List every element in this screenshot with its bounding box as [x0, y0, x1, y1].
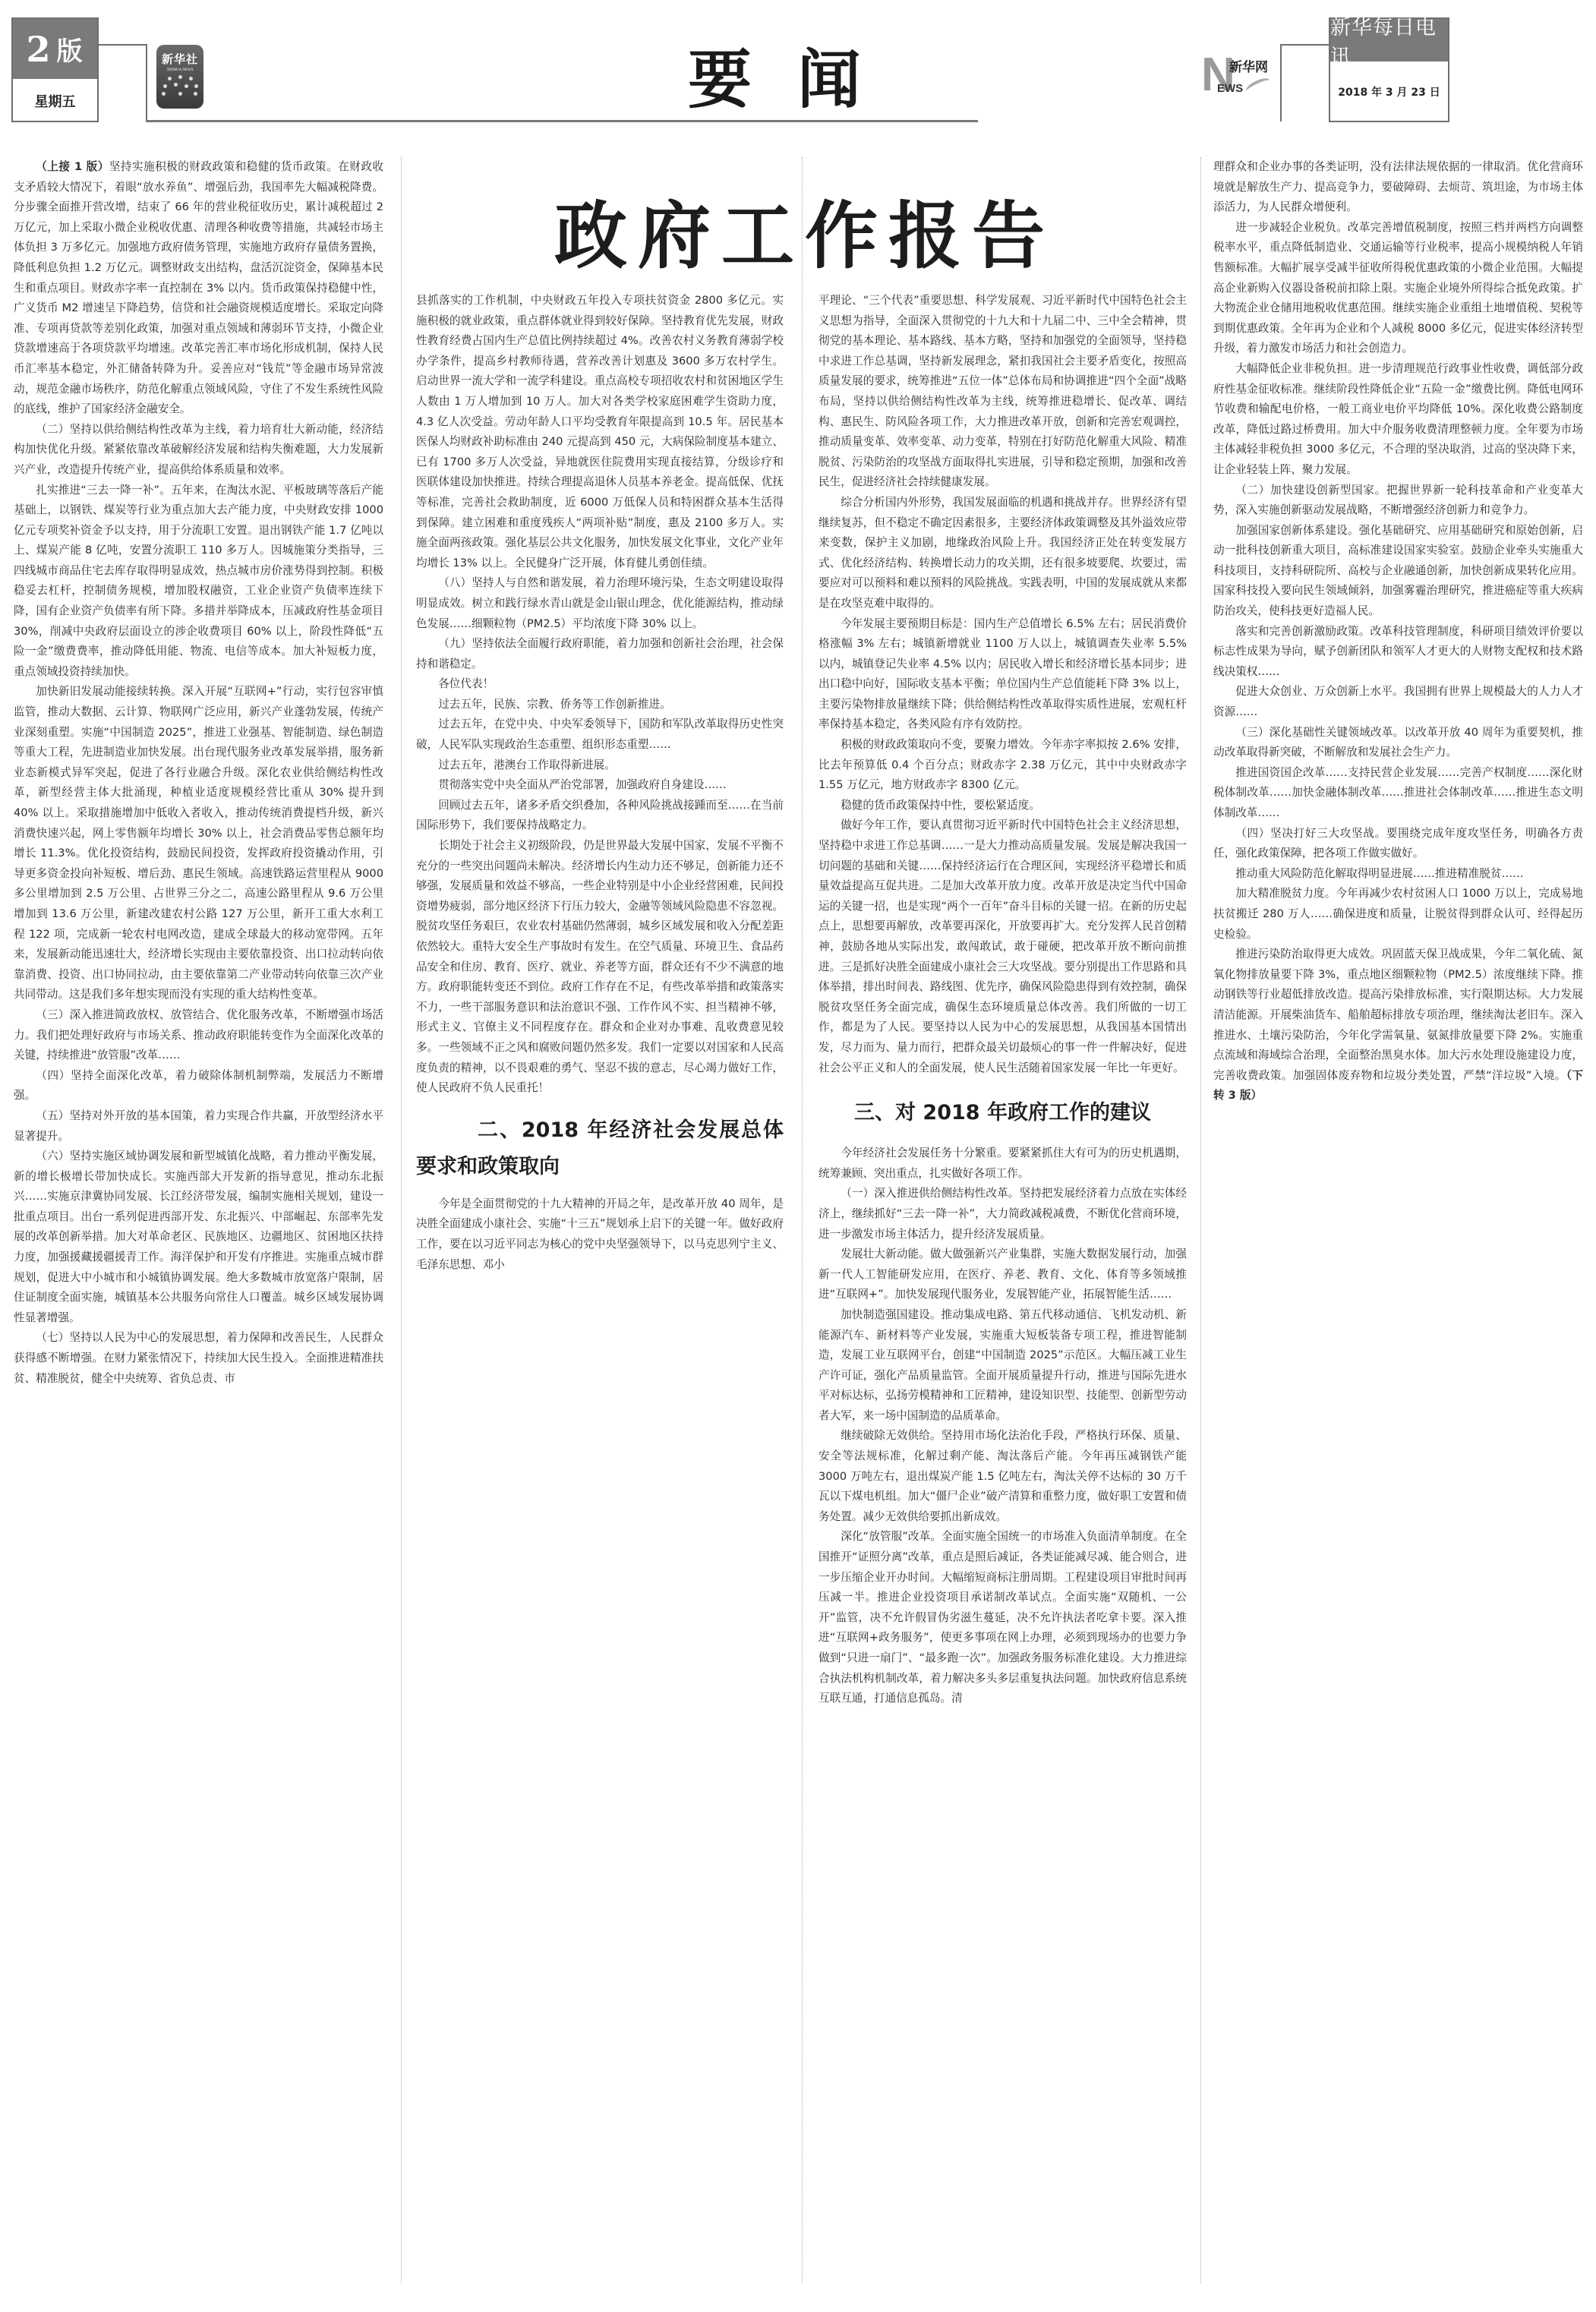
header-rule: [99, 44, 147, 46]
section-subheading: 二、2018 年经济社会发展总体要求和政策取向: [416, 1112, 784, 1185]
paragraph: 平理论、“三个代表”重要思想、科学发展观、习近平新时代中国特色社会主义思想为指导…: [819, 291, 1187, 493]
paragraph: 落实和完善创新激励政策。改革科技管理制度，科研项目绩效评价要以标志性成果为导向，…: [1213, 622, 1583, 683]
paragraph-text: 今年发展主要预期目标是：国内生产总值增长 6.5% 左右；居民消费价格涨幅 3%…: [819, 617, 1187, 731]
paragraph: 各位代表！: [416, 674, 784, 695]
paragraph-text: 理群众和企业办事的各类证明，没有法律法规依据的一律取消。优化营商环境就是解放生产…: [1213, 160, 1583, 213]
paragraph-text: （二）加快建设创新型国家。把握世界新一轮科技革命和产业变革大势，深入实施创新驱动…: [1213, 484, 1583, 517]
continued-from-label: （上接 1 版）: [36, 160, 109, 173]
weekday: 星期五: [13, 79, 97, 122]
paragraph: 长期处于社会主义初级阶段，仍是世界最大发展中国家，发展不平衡不充分的一些突出问题…: [416, 836, 784, 1099]
paragraph-text: 综合分析国内外形势，我国发展面临的机遇和挑战并存。世界经济有望继续复苏，但不稳定…: [819, 496, 1187, 610]
paragraph: 加强国家创新体系建设。强化基础研究、应用基础研究和原始创新，启动一批科技创新重大…: [1213, 521, 1583, 622]
edition-number: 2版: [13, 19, 97, 79]
paragraph-text: 大幅降低企业非税负担。进一步清理规范行政事业性收费，调低部分政府性基金征收标准。…: [1213, 362, 1583, 476]
paragraph: 继续破除无效供给。坚持用市场化法治化手段，严格执行环保、质量、安全等法规标准，化…: [819, 1426, 1187, 1527]
paragraph: 综合分析国内外形势，我国发展面临的机遇和挑战并存。世界经济有望继续复苏，但不稳定…: [819, 493, 1187, 614]
paragraph-text: 坚持实施积极的财政政策和稳健的货币政策。在财政收支矛盾较大情况下，着眼“放水养鱼…: [14, 160, 383, 415]
paragraph: （二）坚持以供给侧结构性改革为主线，着力培育壮大新动能，经济结构加快优化升级。紧…: [14, 420, 383, 481]
paragraph: 稳健的货币政策保持中性，要松紧适度。: [819, 796, 1187, 816]
paragraph-text: 加快新旧发展动能接续转换。深入开展“互联网+”行动，实行包容审慎监管，推动大数据…: [14, 685, 383, 1001]
paragraph-text: 过去五年，在党中央、中央军委领导下，国防和军队改革取得历史性突破，人民军队实现政…: [416, 718, 784, 751]
paragraph: 今年是全面贯彻党的十九大精神的开局之年，是改革开放 40 周年，是决胜全面建成小…: [416, 1194, 784, 1275]
paragraph: 理群众和企业办事的各类证明，没有法律法规依据的一律取消。优化营商环境就是解放生产…: [1213, 157, 1583, 218]
paragraph: 发展壮大新动能。做大做强新兴产业集群，实施大数据发展行动，加强新一代人工智能研发…: [819, 1244, 1187, 1305]
paragraph-text: 今年是全面贯彻党的十九大精神的开局之年，是改革开放 40 周年，是决胜全面建成小…: [416, 1197, 784, 1271]
paragraph: （二）加快建设创新型国家。把握世界新一轮科技革命和产业变革大势，深入实施创新驱动…: [1213, 481, 1583, 521]
paragraph-text: 加快制造强国建设。推动集成电路、第五代移动通信、飞机发动机、新能源汽车、新材料等…: [819, 1308, 1187, 1422]
paragraph-text: 加强国家创新体系建设。强化基础研究、应用基础研究和原始创新，启动一批科技创新重大…: [1213, 524, 1583, 617]
logo-cn-text: 新华社: [162, 51, 198, 67]
paragraph-text: 继续破除无效供给。坚持用市场化法治化手段，严格执行环保、质量、安全等法规标准，化…: [819, 1429, 1187, 1522]
section-subheading: 三、对 2018 年政府工作的建议: [819, 1095, 1187, 1131]
paragraph-text: 发展壮大新动能。做大做强新兴产业集群，实施大数据发展行动，加强新一代人工智能研发…: [819, 1247, 1187, 1301]
paragraph-text: 积极的财政政策取向不变，要聚力增效。今年赤字率拟按 2.6% 安排，比去年预算低…: [819, 738, 1187, 791]
paragraph: （三）深化基础性关键领域改革。以改革开放 40 周年为重要契机，推动改革取得新突…: [1213, 723, 1583, 763]
paragraph: 扎实推进“三去一降一补”。五年来，在淘汰水泥、平板玻璃等落后产能基础上，以钢铁、…: [14, 481, 383, 683]
article-column-3: 平理论、“三个代表”重要思想、科学发展观、习近平新时代中国特色社会主义思想为指导…: [819, 291, 1187, 2284]
paragraph-text: 落实和完善创新激励政策。改革科技管理制度，科研项目绩效评价要以标志性成果为导向，…: [1213, 625, 1583, 678]
article-column-1: （上接 1 版）坚持实施积极的财政政策和稳健的货币政策。在财政收支矛盾较大情况下…: [14, 157, 383, 2283]
header-rule: [1280, 44, 1282, 121]
paragraph-text: 县抓落实的工作机制，中央财政五年投入专项扶贫资金 2800 多亿元。实施积极的就…: [416, 294, 784, 569]
paragraph-text: 做好今年工作，要认真贯彻习近平新时代中国特色社会主义经济思想，坚持稳中求进工作总…: [819, 819, 1187, 1074]
paragraph: 积极的财政政策取向不变，要聚力增效。今年赤字率拟按 2.6% 安排，比去年预算低…: [819, 735, 1187, 796]
column-divider: [401, 157, 402, 2283]
paragraph: （四）坚决打好三大攻坚战。要围绕完成年度攻坚任务，明确各方责任，强化政策保障，把…: [1213, 824, 1583, 864]
paragraph-text: 过去五年，港澳台工作取得新进展。: [438, 759, 616, 771]
header-rule: [1280, 44, 1329, 46]
paragraph-text: （三）深化基础性关键领域改革。以改革开放 40 周年为重要契机，推动改革取得新突…: [1213, 726, 1583, 759]
paragraph-text: 加大精准脱贫力度。今年再减少农村贫困人口 1000 万以上，完成易地扶贫搬迁 2…: [1213, 887, 1583, 940]
masthead: 2版 星期五 新华社 XINHUA NEWS 要闻 N 新华网 EWS 新华每日…: [0, 0, 1596, 129]
article-column-2: 县抓落实的工作机制，中央财政五年投入专项扶贫资金 2800 多亿元。实施积极的就…: [416, 291, 784, 2284]
paragraph-text: （六）坚持实施区域协调发展和新型城镇化战略，着力推动平衡发展，新的增长极增长带加…: [14, 1150, 383, 1324]
paragraph-text: （七）坚持以人民为中心的发展思想，着力保障和改善民生，人民群众获得感不断增强。在…: [14, 1331, 383, 1384]
paragraph-text: 稳健的货币政策保持中性，要松紧适度。: [841, 799, 1040, 812]
column-divider: [1200, 157, 1201, 2283]
paragraph-text: （一）深入推进供给侧结构性改革。坚持把发展经济着力点放在实体经济上，继续抓好“三…: [819, 1187, 1187, 1240]
network-icon: [162, 75, 198, 98]
paragraph-text: 推动重大风险防范化解取得明显进展……推进精准脱贫……: [1235, 867, 1523, 880]
paragraph: 过去五年，民族、宗教、侨务等工作创新推进。: [416, 695, 784, 715]
paper-nameplate: 新华每日电讯 2018 年 3 月 23 日: [1329, 17, 1449, 122]
paragraph-text: 促进大众创业、万众创新上水平。我国拥有世界上规模最大的人力人才资源……: [1213, 685, 1583, 718]
paragraph: 加快制造强国建设。推动集成电路、第五代移动通信、飞机发动机、新能源汽车、新材料等…: [819, 1305, 1187, 1427]
paragraph: 过去五年，在党中央、中央军委领导下，国防和军队改革取得历史性突破，人民军队实现政…: [416, 714, 784, 755]
xinhua-news-logo: 新华社 XINHUA NEWS: [156, 45, 203, 109]
paragraph: 过去五年，港澳台工作取得新进展。: [416, 755, 784, 776]
paragraph: 大幅降低企业非税负担。进一步清理规范行政事业性收费，调低部分政府性基金征收标准。…: [1213, 359, 1583, 481]
logo-cn-text: 新华网: [1229, 56, 1268, 75]
paragraph: （一）深入推进供给侧结构性改革。坚持把发展经济着力点放在实体经济上，继续抓好“三…: [819, 1184, 1187, 1244]
paragraph-text: 贯彻落实党中央全面从严治党部署，加强政府自身建设……: [438, 778, 726, 791]
paragraph-text: （八）坚持人与自然和谐发展，着力治理环境污染，生态文明建设取得明显成效。树立和践…: [416, 576, 784, 629]
paragraph: 进一步减轻企业税负。改革完善增值税制度，按照三档并两档方向调整税率水平，重点降低…: [1213, 218, 1583, 359]
paragraph: （四）坚持全面深化改革，着力破除体制机制弊端，发展活力不断增强。: [14, 1066, 383, 1106]
paragraph: （六）坚持实施区域协调发展和新型城镇化战略，着力推动平衡发展，新的增长极增长带加…: [14, 1147, 383, 1328]
paragraph: 县抓落实的工作机制，中央财政五年投入专项扶贫资金 2800 多亿元。实施积极的就…: [416, 291, 784, 573]
header-rule: [146, 44, 147, 121]
paragraph-text: 长期处于社会主义初级阶段，仍是世界最大发展中国家，发展不平衡不充分的一些突出问题…: [416, 839, 784, 1094]
paragraph-text: （四）坚持全面深化改革，着力破除体制机制弊端，发展活力不断增强。: [14, 1069, 383, 1102]
paragraph: 深化“放管服”改革。全面实施全国统一的市场准入负面清单制度。在全国推开“证照分离…: [819, 1527, 1187, 1708]
column-divider: [802, 157, 803, 2283]
issue-date: 2018 年 3 月 23 日: [1330, 62, 1448, 122]
paragraph-text: （五）坚持对外开放的基本国策，着力实现合作共赢，开放型经济水平显著提升。: [14, 1109, 383, 1143]
paragraph-text: 各位代表！: [438, 677, 494, 690]
paragraph: （上接 1 版）坚持实施积极的财政政策和稳健的货币政策。在财政收支矛盾较大情况下…: [14, 157, 383, 420]
logo-en-text: EWS: [1217, 82, 1243, 95]
paragraph-text: 推进国资国企改革……支持民营企业发展……完善产权制度……深化财税体制改革……加快…: [1213, 766, 1583, 819]
paragraph: 贯彻落实党中央全面从严治党部署，加强政府自身建设……: [416, 775, 784, 796]
paragraph-text: （九）坚持依法全面履行政府职能，着力加强和创新社会治理，社会保持和谐稳定。: [416, 637, 784, 670]
xinhuanet-logo: N 新华网 EWS: [1201, 52, 1270, 102]
paragraph-text: （四）坚决打好三大攻坚战。要围绕完成年度攻坚任务，明确各方责任，强化政策保障，把…: [1213, 827, 1583, 860]
paragraph: 做好今年工作，要认真贯彻习近平新时代中国特色社会主义经济思想，坚持稳中求进工作总…: [819, 815, 1187, 1078]
edition-label: 版: [57, 30, 84, 68]
paragraph: 加快新旧发展动能接续转换。深入开展“互联网+”行动，实行包容审慎监管，推动大数据…: [14, 682, 383, 1005]
edition-box: 2版 星期五: [11, 17, 99, 122]
paragraph-text: 回顾过去五年，诸多矛盾交织叠加，各种风险挑战接踵而至……在当前国际形势下，我们要…: [416, 799, 784, 832]
paragraph: 今年发展主要预期目标是：国内生产总值增长 6.5% 左右；居民消费价格涨幅 3%…: [819, 614, 1187, 736]
paragraph-text: 今年经济社会发展任务十分繁重。要紧紧抓住大有可为的历史机遇期，统筹兼顾、突出重点…: [819, 1147, 1187, 1180]
paragraph: 推进国资国企改革……支持民营企业发展……完善产权制度……深化财税体制改革……加快…: [1213, 763, 1583, 824]
paper-name: 新华每日电讯: [1330, 19, 1448, 62]
paragraph: 今年经济社会发展任务十分繁重。要紧紧抓住大有可为的历史机遇期，统筹兼顾、突出重点…: [819, 1143, 1187, 1184]
paragraph-text: （三）深入推进简政放权、放管结合、优化服务改革，不断增强市场活力。我们把处理好政…: [14, 1008, 383, 1061]
paragraph: 推动重大风险防范化解取得明显进展……推进精准脱贫……: [1213, 864, 1583, 885]
paragraph-text: 过去五年，民族、宗教、侨务等工作创新推进。: [438, 698, 670, 711]
section-title: 要闻: [668, 29, 926, 121]
article-column-4: 理群众和企业办事的各类证明，没有法律法规依据的一律取消。优化营商环境就是解放生产…: [1213, 157, 1583, 2283]
paragraph-text: 深化“放管服”改革。全面实施全国统一的市场准入负面清单制度。在全国推开“证照分离…: [819, 1530, 1187, 1705]
paragraph: 加大精准脱贫力度。今年再减少农村贫困人口 1000 万以上，完成易地扶贫搬迁 2…: [1213, 884, 1583, 945]
paragraph: 回顾过去五年，诸多矛盾交织叠加，各种风险挑战接踵而至……在当前国际形势下，我们要…: [416, 796, 784, 836]
swoosh-icon: [1244, 75, 1273, 96]
paragraph-text: 扎实推进“三去一降一补”。五年来，在淘汰水泥、平板玻璃等落后产能基础上，以钢铁、…: [14, 484, 383, 678]
paragraph: （三）深入推进简政放权、放管结合、优化服务改革，不断增强市场活力。我们把处理好政…: [14, 1005, 383, 1066]
headline: 政府工作报告: [410, 178, 1200, 282]
paragraph: （八）坚持人与自然和谐发展，着力治理环境污染，生态文明建设取得明显成效。树立和践…: [416, 573, 784, 634]
paragraph: 推进污染防治取得更大成效。巩固蓝天保卫战成果，今年二氧化硫、氮氧化物排放量要下降…: [1213, 945, 1583, 1106]
paragraph-text: 进一步减轻企业税负。改革完善增值税制度，按照三档并两档方向调整税率水平，重点降低…: [1213, 221, 1583, 355]
paragraph-text: 平理论、“三个代表”重要思想、科学发展观、习近平新时代中国特色社会主义思想为指导…: [819, 294, 1187, 488]
paragraph-text: 推进污染防治取得更大成效。巩固蓝天保卫战成果，今年二氧化硫、氮氧化物排放量要下降…: [1213, 948, 1583, 1082]
paragraph: （五）坚持对外开放的基本国策，着力实现合作共赢，开放型经济水平显著提升。: [14, 1106, 383, 1147]
paragraph: （七）坚持以人民为中心的发展思想，着力保障和改善民生，人民群众获得感不断增强。在…: [14, 1328, 383, 1389]
paragraph: （九）坚持依法全面履行政府职能，着力加强和创新社会治理，社会保持和谐稳定。: [416, 634, 784, 674]
edition-number-digit: 2: [26, 29, 52, 70]
paragraph: 促进大众创业、万众创新上水平。我国拥有世界上规模最大的人力人才资源……: [1213, 682, 1583, 722]
logo-en-text: XINHUA NEWS: [167, 68, 194, 72]
paragraph-text: （二）坚持以供给侧结构性改革为主线，着力培育壮大新动能，经济结构加快优化升级。紧…: [14, 423, 383, 476]
